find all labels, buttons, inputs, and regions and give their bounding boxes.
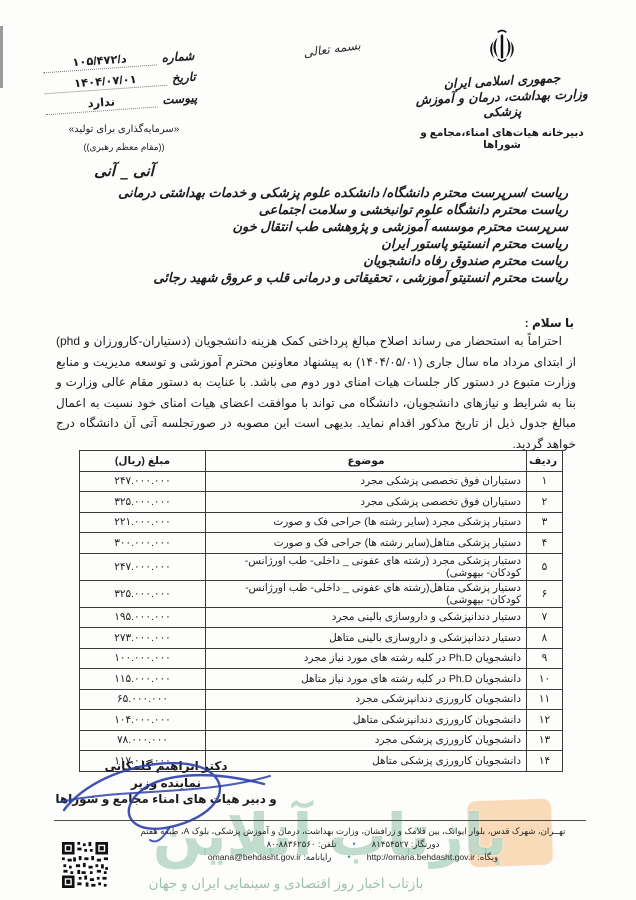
amount-cell: ۲۲۱.۰۰۰.۰۰۰ <box>80 512 206 533</box>
subject-cell: دانشجویان کارورزی پزشکی مجرد <box>206 730 527 751</box>
subject-cell: دستیار پزشکی متاهل(رشته های عفونی _ داخل… <box>206 580 527 607</box>
recipient-line: ریاست محترم انستیتو پاستور ایران <box>56 235 568 252</box>
footer-phone-line: تلفن: ۸۸۳۶۲۵۶۰-۸۰ • دورنگار: ۸۱۴۵۴۵۲۷ <box>126 838 580 851</box>
subject-cell: دستیاران فوق تخصصی پزشکی مجرد <box>206 471 527 492</box>
amount-cell: ۷۸.۰۰۰.۰۰۰ <box>80 730 206 751</box>
row-number-cell: ۱۲ <box>527 710 563 731</box>
amounts-table: ردیف موضوع مبلغ (ریال) ۱ دستیاران فوق تخ… <box>79 450 563 772</box>
amount-cell: ۱۰۴.۰۰۰.۰۰۰ <box>80 710 206 731</box>
ref-number-value: د/۱۰۵/۴۷۲ <box>42 49 157 73</box>
row-number-cell: ۳ <box>527 512 563 533</box>
ministry-header: جمهوری اسلامی ایران وزارت بهداشت، درمان … <box>412 28 592 151</box>
row-number-cell: ۲ <box>527 492 563 513</box>
table-row: ۱۱ دانشجویان کارورزی دندانپزشکی مجرد ۶۵.… <box>80 689 563 710</box>
table-row: ۶ دستیار پزشکی متاهل(رشته های عفونی _ دا… <box>80 580 563 607</box>
footer-contact-block: تهــران، شهرک قدس، بلوار ایوانک، بین فلا… <box>126 825 580 864</box>
signer-role-1: نماینده وزیر <box>38 775 294 792</box>
letter-page: بازتاب آنلاین بازتاب اخبار روز اقتصادی و… <box>0 0 636 900</box>
table-header-row: ردیف موضوع مبلغ (ریال) <box>80 451 563 472</box>
col-header-amount: مبلغ (ریال) <box>80 451 206 472</box>
bismillah-text: بسمه تعالی <box>293 37 370 61</box>
salutation: با سلام : <box>525 316 574 330</box>
amount-cell: ۶۵.۰۰۰.۰۰۰ <box>80 689 206 710</box>
row-number-cell: ۴ <box>527 533 563 554</box>
year-slogan: «سرمایه‌گذاری برای تولید» <box>50 124 198 135</box>
row-number-cell: ۱ <box>527 471 563 492</box>
row-number-cell: ۱۳ <box>527 730 563 751</box>
subject-cell: دستیار پزشکی متاهل(سایر رشته ها) جراحی ف… <box>206 533 527 554</box>
signature-block: دکتر ابراهیم گلمکانی نماینده وزیر و دبیر… <box>38 758 294 808</box>
scan-artifact <box>0 26 3 88</box>
table-row: ۵ دستیار پزشکی مجرد (رشته های عفونی _ دا… <box>80 553 563 580</box>
table-row: ۸ دستیار دندانپزشکی و داروسازی بالینی مت… <box>80 628 563 649</box>
secretariat-title: دبیرخانه هیات‌های امناء،مجامع و شوراها <box>412 127 592 151</box>
qr-code <box>62 842 108 888</box>
subject-cell: دانشجویان Ph.D در کلیه رشته های مورد نیا… <box>206 648 527 669</box>
amount-cell: ۲۴۷.۰۰۰.۰۰۰ <box>80 471 206 492</box>
table-row: ۱۳ دانشجویان کارورزی پزشکی مجرد ۷۸.۰۰۰.۰… <box>80 730 563 751</box>
amount-cell: ۲۷۳.۰۰۰.۰۰۰ <box>80 628 206 649</box>
subject-cell: دستیار دندانپزشکی و داروسازی بالینی متاه… <box>206 628 527 649</box>
subject-cell: دستیار پزشکی مجرد (سایر رشته ها) جراحی ف… <box>206 512 527 533</box>
row-number-cell: ۱۱ <box>527 689 563 710</box>
table-row: ۹ دانشجویان Ph.D در کلیه رشته های مورد ن… <box>80 648 563 669</box>
ref-number-label: شماره <box>161 49 195 65</box>
footer-fax: دورنگار: ۸۱۴۵۴۵۲۷ <box>372 838 440 851</box>
subject-cell: دانشجویان کارورزی دندانپزشکی مجرد <box>206 689 527 710</box>
ministry-title: وزارت بهداشت، درمان و آموزش پزشکی <box>412 86 593 122</box>
amount-cell: ۲۴۷.۰۰۰.۰۰۰ <box>80 553 206 580</box>
col-header-subject: موضوع <box>206 451 527 472</box>
bullet-separator: • <box>348 851 351 864</box>
amount-cell: ۳۰۰.۰۰۰.۰۰۰ <box>80 533 206 554</box>
row-number-cell: ۸ <box>527 628 563 649</box>
table-row: ۲ دستیاران فوق تخصصی پزشکی مجرد ۳۲۵.۰۰۰.… <box>80 492 563 513</box>
amount-cell: ۱۰۰.۰۰۰.۰۰۰ <box>80 648 206 669</box>
col-header-row-number: ردیف <box>527 451 563 472</box>
row-number-cell: ۵ <box>527 553 563 580</box>
table-row: ۱۲ دانشجویان کارورزی دندانپزشکی متاهل ۱۰… <box>80 710 563 731</box>
ref-date-label: تاریخ <box>171 70 196 86</box>
footer-website: وبگاه: http://omana.behdasht.gov.ir <box>367 851 498 864</box>
table-row: ۱۰ دانشجویان Ph.D در کلیه رشته های مورد … <box>80 669 563 690</box>
row-number-cell: ۷ <box>527 607 563 628</box>
table-row: ۳ دستیار پزشکی مجرد (سایر رشته ها) جراحی… <box>80 512 563 533</box>
signer-name: دکتر ابراهیم گلمکانی <box>38 758 294 775</box>
iran-emblem-icon <box>485 28 519 71</box>
footer-divider <box>54 820 586 821</box>
recipient-line: ریاست محترم انستیتو آموزشی ، تحقیقاتی و … <box>56 269 568 286</box>
urgency-label: آنی _ آنی <box>50 162 198 180</box>
row-number-cell: ۱۴ <box>527 751 563 772</box>
amount-cell: ۱۹۵.۰۰۰.۰۰۰ <box>80 607 206 628</box>
footer-email: رایانامه: omana@behdasht.gov.ir <box>208 851 332 864</box>
table-row: ۴ دستیار پزشکی متاهل(سایر رشته ها) جراحی… <box>80 533 563 554</box>
slogan-block: «سرمایه‌گذاری برای تولید» ((مقام معظم ره… <box>50 124 198 180</box>
amount-cell: ۱۱۵.۰۰۰.۰۰۰ <box>80 669 206 690</box>
ref-attachment-value: ندارد <box>45 91 158 115</box>
table-row: ۱ دستیاران فوق تخصصی پزشکی مجرد ۲۴۷.۰۰۰.… <box>80 471 563 492</box>
row-number-cell: ۶ <box>527 580 563 607</box>
reference-block: شماره د/۱۰۵/۴۷۲ تاریخ ۱۴۰۴/۰۷/۰۱ پیوست ن… <box>42 47 198 120</box>
footer-address: تهــران، شهرک قدس، بلوار ایوانک، بین فلا… <box>126 825 580 838</box>
row-number-cell: ۱۰ <box>527 669 563 690</box>
amount-cell: ۳۲۵.۰۰۰.۰۰۰ <box>80 580 206 607</box>
table-row: ۷ دستیار دندانپزشکی و داروسازی بالینی مج… <box>80 607 563 628</box>
recipient-line: ریاست محترم دانشگاه علوم توانبخشی و سلام… <box>56 201 568 218</box>
subject-cell: دستیار دندانپزشکی و داروسازی بالینی مجرد <box>206 607 527 628</box>
subject-cell: دانشجویان کارورزی دندانپزشکی متاهل <box>206 710 527 731</box>
letter-body: احتراماً به استحضار می رساند اصلاح مبالغ… <box>56 331 576 455</box>
subject-cell: دستیاران فوق تخصصی پزشکی مجرد <box>206 492 527 513</box>
signer-role-2: و دبیر هیات های امناء مجامع و شوراها <box>38 791 294 808</box>
watermark-tagline: بازتاب اخبار روز اقتصادی و سینمایی ایران… <box>36 876 536 892</box>
recipients-list: ریاست /سرپرست محترم دانشگاه/ دانشکده علو… <box>56 184 568 286</box>
recipient-line: سرپرست محترم موسسه آموزشی و پژوهشی طب ان… <box>56 218 568 235</box>
footer-phone: تلفن: ۸۸۳۶۲۵۶۰-۸۰ <box>267 838 337 851</box>
row-number-cell: ۹ <box>527 648 563 669</box>
ref-date-value: ۱۴۰۴/۰۷/۰۱ <box>43 70 167 95</box>
recipient-line: ریاست /سرپرست محترم دانشگاه/ دانشکده علو… <box>56 184 568 201</box>
footer-web-line: وبگاه: http://omana.behdasht.gov.ir • را… <box>126 851 580 864</box>
ref-attachment-label: پیوست <box>162 91 198 107</box>
slogan-attribution: ((مقام معظم رهبری)) <box>50 142 198 153</box>
recipient-line: ریاست محترم صندوق رفاه دانشجویان <box>56 252 568 269</box>
amount-cell: ۳۲۵.۰۰۰.۰۰۰ <box>80 492 206 513</box>
bullet-separator: • <box>353 838 356 851</box>
subject-cell: دانشجویان Ph.D در کلیه رشته های مورد نیا… <box>206 669 527 690</box>
subject-cell: دستیار پزشکی مجرد (رشته های عفونی _ داخل… <box>206 553 527 580</box>
